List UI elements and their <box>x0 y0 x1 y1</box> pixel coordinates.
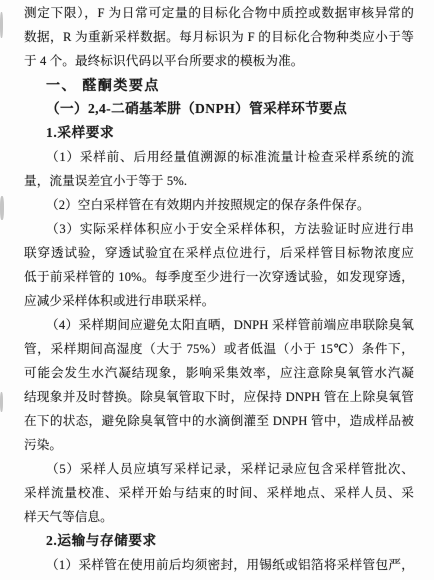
section-heading: （一）2,4-二硝基苯肼（DNPH）管采样环节要点 <box>24 97 414 121</box>
text-line: 管，采样期间高湿度（大于 75%）或者低温（小于 15℃）条件下， <box>24 337 414 361</box>
document-body: 测定下限），F 为日常可定量的目标化合物中质控或数据审核异常的数据，R 为重新采… <box>24 1 414 577</box>
scan-artifact <box>0 392 3 412</box>
document-page: 测定下限），F 为日常可定量的目标化合物中质控或数据审核异常的数据，R 为重新采… <box>0 0 434 580</box>
text-line: 结现象并及时替换。除臭氧管取下时，应保持 DNPH 管在上除臭氧管 <box>24 385 414 409</box>
text-line: 测定下限），F 为日常可定量的目标化合物中质控或数据审核异常的 <box>24 1 414 25</box>
section-heading: 一、 醛酮类要点 <box>24 73 414 97</box>
text-line: 联穿透试验，穿透试验宜在采样点位进行，后采样管目标物浓度应 <box>24 241 414 265</box>
scan-artifact <box>0 196 4 220</box>
text-line: 采样流量校准、采样开始与结束的时间、采样地点、采样人员、采 <box>24 481 414 505</box>
section-heading: 2.运输与存储要求 <box>24 529 414 553</box>
text-line: 低于前采样管的 10%。每季度至少进行一次穿透试验，如发现穿透， <box>24 265 414 289</box>
text-line: 于 4 个。最终标识代码以平台所要求的模板为准。 <box>24 49 414 73</box>
scan-artifact <box>0 12 3 38</box>
text-line: （5）采样人员应填写采样记录，采样记录应包含采样管批次、 <box>24 457 414 481</box>
text-line: 数据，R 为重新采样数据。每月标识为 F 的目标化合物种类应小于等 <box>24 25 414 49</box>
text-line: （3）实际采样体积应小于安全采样体积，方法验证时应进行串 <box>24 217 414 241</box>
section-heading: 1.采样要求 <box>24 121 414 145</box>
text-line: （1）采样管在使用前后均须密封，用锡纸或铝箔将采样管包严， <box>24 553 414 577</box>
text-line: 应减少采样体积或进行串联采样。 <box>24 289 414 313</box>
text-line: （4）采样期间应避免太阳直晒，DNPH 采样管前端应串联除臭氧 <box>24 313 414 337</box>
text-line: （2）空白采样管在有效期内并按照规定的保存条件保存。 <box>24 193 414 217</box>
text-line: 污染。 <box>24 433 414 457</box>
text-line: （1）采样前、后用经量值溯源的标准流量计检查采样系统的流 <box>24 145 414 169</box>
text-line: 可能会发生水汽凝结现象，影响采集效率，应注意除臭氧管水汽凝 <box>24 361 414 385</box>
text-line: 量，流量误差宜小于等于 5%. <box>24 169 414 193</box>
text-line: 样天气等信息。 <box>24 505 414 529</box>
text-line: 在下的状态，避免除臭氧管中的水滴倒灌至 DNPH 管中，造成样品被 <box>24 409 414 433</box>
